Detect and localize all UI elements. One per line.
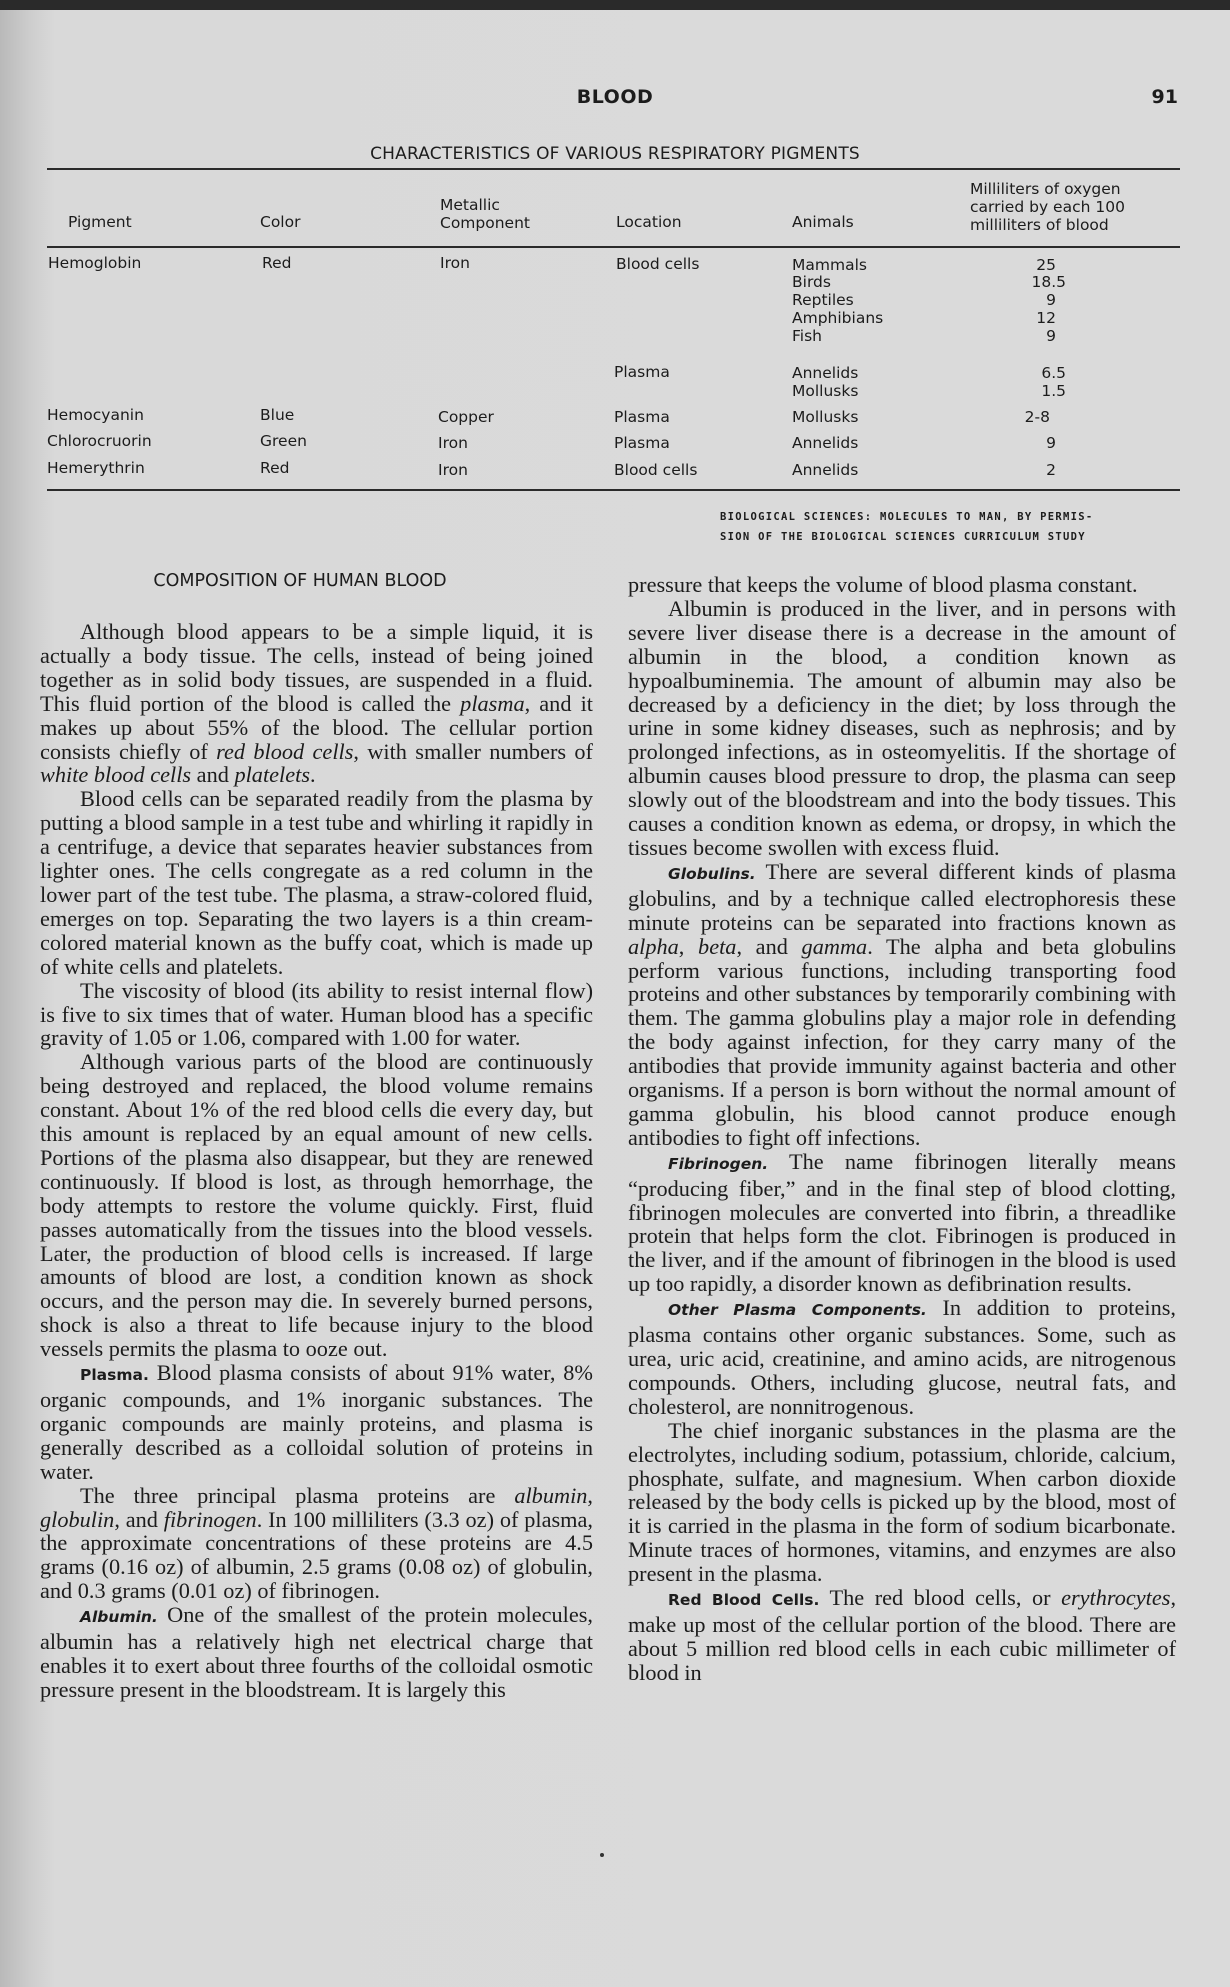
paragraph: The viscosity of blood (its ability to r… — [40, 979, 593, 1051]
paragraph-red-blood-cells: Red Blood Cells. The red blood cells, or… — [628, 1586, 1176, 1685]
paragraph-albumin: Albumin. One of the smallest of the prot… — [40, 1603, 593, 1702]
print-speck — [600, 1853, 604, 1857]
table-header-rule — [47, 246, 1180, 248]
col-header-pigment: Pigment — [68, 213, 132, 231]
run-in-heading: Globulins. — [668, 865, 756, 883]
run-in-heading: Red Blood Cells. — [668, 1591, 819, 1609]
paragraph: Although various parts of the blood are … — [40, 1050, 593, 1361]
run-in-heading: Other Plasma Components. — [668, 1301, 927, 1319]
col-header-animals: Animals — [792, 213, 854, 231]
paragraph-globulins: Globulins. There are several different k… — [628, 860, 1176, 1150]
paragraph: Blood cells can be separated readily fro… — [40, 787, 593, 978]
col-header-location: Location — [616, 213, 682, 231]
run-in-heading: Plasma. — [80, 1366, 149, 1384]
run-in-heading: Fibrinogen. — [668, 1155, 768, 1173]
page-number: 91 — [1152, 86, 1178, 108]
run-in-heading: Albumin. — [80, 1608, 158, 1626]
col-header-metallic: Metallic Component — [440, 196, 530, 232]
paragraph: pressure that keeps the volume of blood … — [628, 573, 1176, 597]
table-top-rule — [47, 168, 1180, 170]
col-header-color: Color — [260, 213, 300, 231]
paragraph-plasma: Plasma. Blood plasma consists of about 9… — [40, 1361, 593, 1484]
table-bottom-rule — [47, 489, 1180, 491]
section-heading: COMPOSITION OF HUMAN BLOOD — [40, 571, 560, 591]
paragraph: Although blood appears to be a simple li… — [40, 620, 593, 787]
paragraph-other-components: Other Plasma Components. In addition to … — [628, 1296, 1176, 1419]
table-source-credit: BIOLOGICAL SCIENCES: MOLECULES TO MAN, B… — [720, 507, 1180, 547]
scan-top-edge — [0, 0, 1230, 10]
body-column-left: Although blood appears to be a simple li… — [40, 620, 593, 1702]
paragraph: The chief inorganic substances in the pl… — [628, 1419, 1176, 1586]
col-header-oxygen: Milliliters of oxygen carried by each 10… — [970, 180, 1125, 234]
running-head: BLOOD — [0, 86, 1230, 108]
book-page: BLOOD 91 CHARACTERISTICS OF VARIOUS RESP… — [0, 10, 1230, 1987]
paragraph: Albumin is produced in the liver, and in… — [628, 597, 1176, 860]
paragraph-fibrinogen: Fibrinogen. The name fibrinogen literall… — [628, 1150, 1176, 1296]
body-column-right: pressure that keeps the volume of blood … — [628, 573, 1176, 1685]
table-title: CHARACTERISTICS OF VARIOUS RESPIRATORY P… — [0, 144, 1230, 164]
paragraph: The three principal plasma proteins are … — [40, 1484, 593, 1604]
